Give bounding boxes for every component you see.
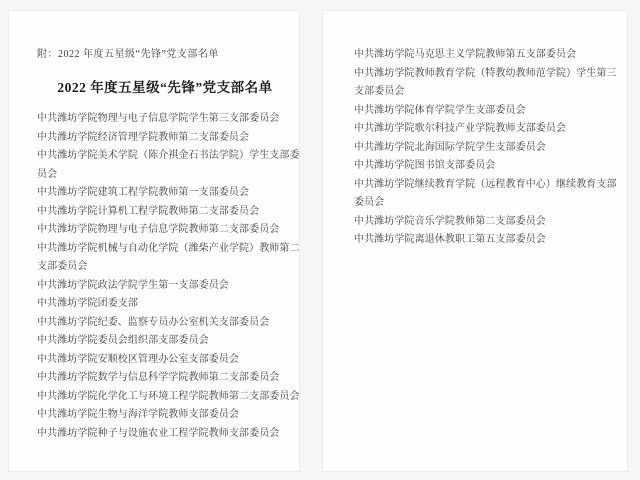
branch-list-item: 中共潍坊学院物理与电子信息学院教师第二支部委员会 bbox=[37, 221, 300, 240]
branch-list-item: 中共潍坊学院体育学院学生支部委员会 bbox=[354, 102, 617, 121]
branch-list-item: 中共潍坊学院机械与自动化学院（潍柴产业学院）教师第二支部委员会 bbox=[37, 240, 300, 277]
branch-list-item: 中共潍坊学院生物与海洋学院教师支部委员会 bbox=[37, 406, 300, 425]
branch-list-item: 中共潍坊学院离退休教职工第五支部委员会 bbox=[354, 231, 617, 250]
attachment-note: 附：2022 年度五星级“先锋”党支部名单 bbox=[37, 48, 299, 61]
branch-list-right: 中共潍坊学院马克思主义学院教师第五支部委员会中共潍坊学院教师教育学院（特教幼教师… bbox=[354, 46, 617, 250]
branch-list-item: 中共潍坊学院北海国际学院学生支部委员会 bbox=[354, 139, 617, 158]
branch-list-item: 中共潍坊学院建筑工程学院教师第一支部委员会 bbox=[37, 184, 300, 203]
page-right: 中共潍坊学院马克思主义学院教师第五支部委员会中共潍坊学院教师教育学院（特教幼教师… bbox=[322, 10, 628, 472]
branch-list-item: 中共潍坊学院教师教育学院（特教幼教师范学院）学生第三支部委员会 bbox=[354, 65, 617, 102]
branch-list-item: 中共潍坊学院纪委、监察专员办公室机关支部委员会 bbox=[37, 314, 300, 333]
document-title: 2022 年度五星级“先锋”党支部名单 bbox=[37, 76, 293, 96]
branch-list-item: 中共潍坊学院经济管理学院教师第二支部委员会 bbox=[37, 129, 300, 148]
branch-list-item: 中共潍坊学院歌尔科技产业学院教师支部委员会 bbox=[354, 120, 617, 139]
branch-list-item: 中共潍坊学院音乐学院教师第二支部委员会 bbox=[354, 213, 617, 232]
branch-list-item: 中共潍坊学院马克思主义学院教师第五支部委员会 bbox=[354, 46, 617, 65]
branch-list-item: 中共潍坊学院继续教育学院（远程教育中心）继续教育支部委员会 bbox=[354, 176, 617, 213]
branch-list-item: 中共潍坊学院种子与设施农业工程学院教师支部委员会 bbox=[37, 425, 300, 444]
document-viewer: 附：2022 年度五星级“先锋”党支部名单 2022 年度五星级“先锋”党支部名… bbox=[0, 0, 640, 480]
branch-list-item: 中共潍坊学院计算机工程学院教师第二支部委员会 bbox=[37, 203, 300, 222]
branch-list-item: 中共潍坊学院政法学院学生第一支部委员会 bbox=[37, 277, 300, 296]
branch-list-item: 中共潍坊学院委员会组织部支部委员会 bbox=[37, 332, 300, 351]
branch-list-item: 中共潍坊学院团委支部 bbox=[37, 295, 300, 314]
branch-list-item: 中共潍坊学院图书馆支部委员会 bbox=[354, 157, 617, 176]
page-left: 附：2022 年度五星级“先锋”党支部名单 2022 年度五星级“先锋”党支部名… bbox=[8, 10, 300, 472]
branch-list-item: 中共潍坊学院数学与信息科学学院教师第二支部委员会 bbox=[37, 369, 300, 388]
branch-list-item: 中共潍坊学院化学化工与环境工程学院教师第二支部委员会 bbox=[37, 388, 300, 407]
branch-list-left: 中共潍坊学院物理与电子信息学院学生第三支部委员会中共潍坊学院经济管理学院教师第二… bbox=[37, 110, 300, 443]
branch-list-item: 中共潍坊学院安顺校区管理办公室支部委员会 bbox=[37, 351, 300, 370]
branch-list-item: 中共潍坊学院物理与电子信息学院学生第三支部委员会 bbox=[37, 110, 300, 129]
branch-list-item: 中共潍坊学院美术学院（陈介祺金石书法学院）学生支部委员会 bbox=[37, 147, 300, 184]
